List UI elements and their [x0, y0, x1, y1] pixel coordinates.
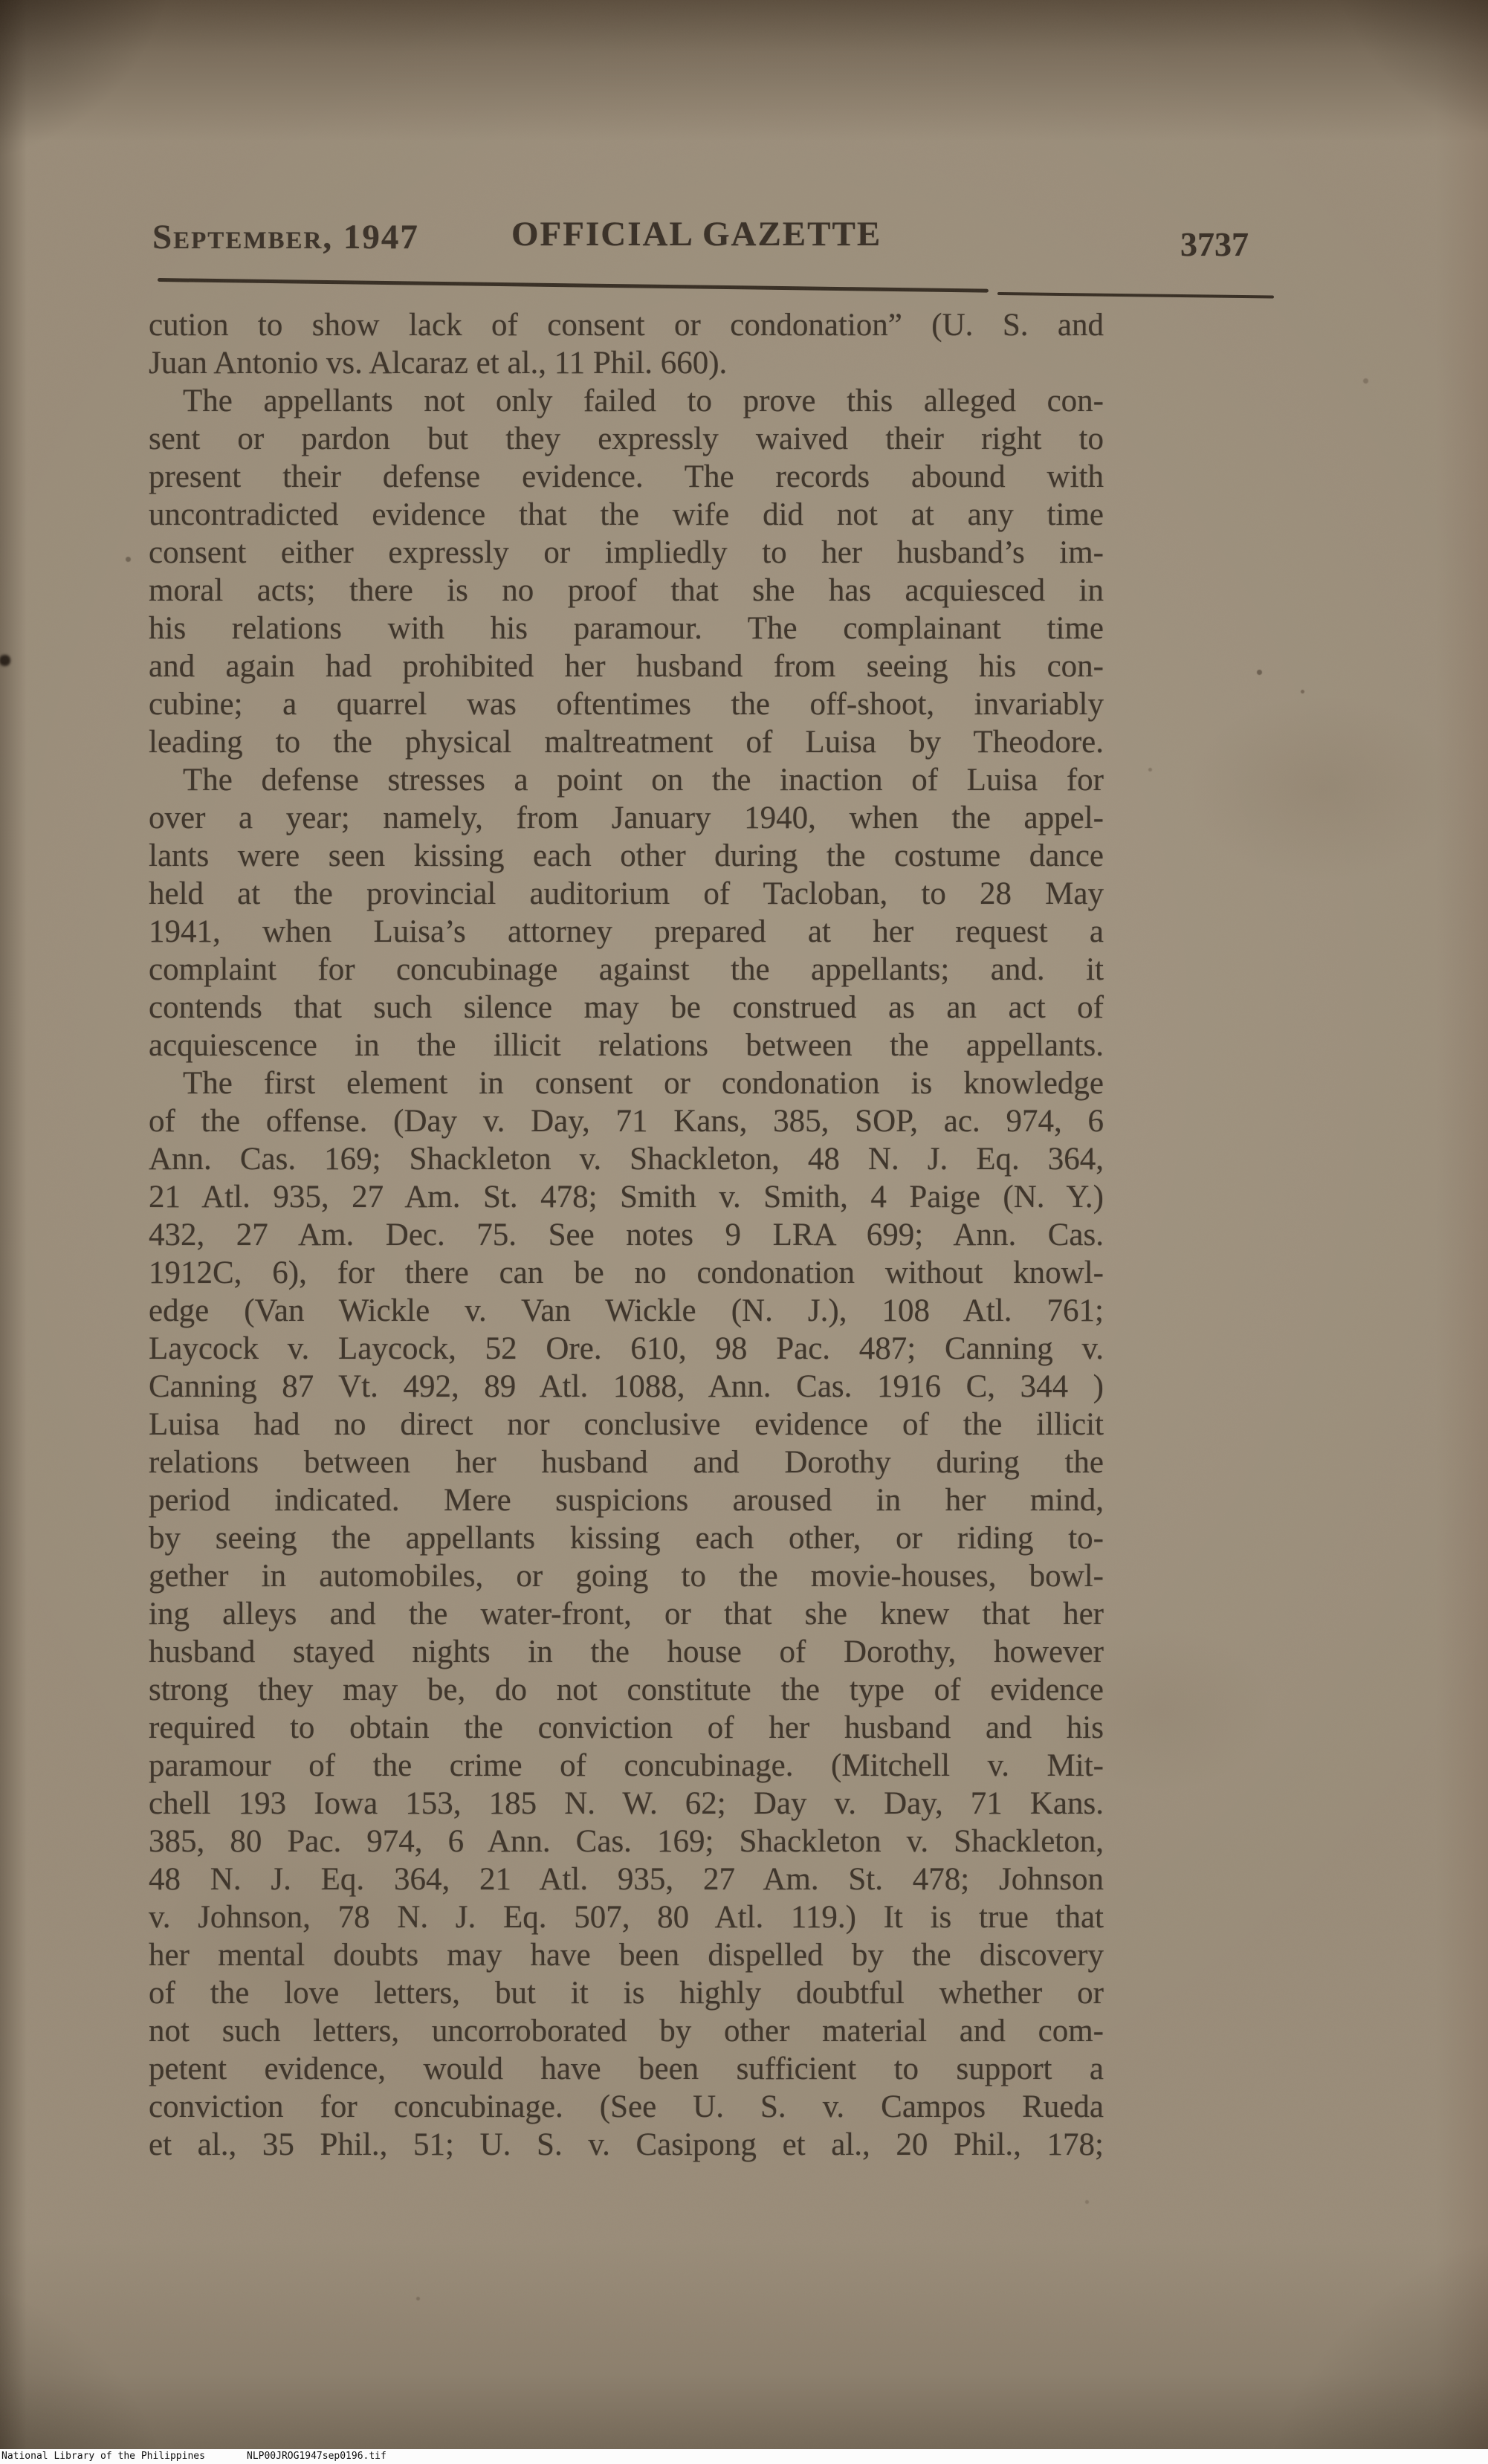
text-line: and again had prohibited her husband fro…: [149, 647, 1104, 685]
paper-specks: [0, 0, 4, 4]
text-line: Ann. Cas. 169; Shackleton v. Shackleton,…: [149, 1140, 1104, 1178]
page-number: 3737: [1180, 227, 1249, 262]
text-line: relations between her husband and Doroth…: [149, 1443, 1104, 1481]
text-line: ing alleys and the water-front, or that …: [149, 1595, 1104, 1633]
publication-title: OFFICIAL GAZETTE: [511, 217, 882, 252]
scanned-page: September, 1947 OFFICIAL GAZETTE 3737 cu…: [0, 0, 1488, 2464]
text-line: present their defense evidence. The reco…: [149, 458, 1104, 496]
text-line: 21 Atl. 935, 27 Am. St. 478; Smith v. Sm…: [149, 1178, 1104, 1216]
text-line: required to obtain the conviction of her…: [149, 1709, 1104, 1747]
text-line: cubine; a quarrel was oftentimes the off…: [149, 685, 1104, 723]
text-line: The appellants not only failed to prove …: [149, 382, 1104, 420]
paragraph: The appellants not only failed to prove …: [149, 382, 1104, 761]
text-line: acquiescence in the illicit relations be…: [149, 1026, 1104, 1064]
text-line: leading to the physical maltreatment of …: [149, 723, 1104, 761]
text-line: her mental doubts may have been dispelle…: [149, 1936, 1104, 1974]
text-line: by seeing the appellants kissing each ot…: [149, 1519, 1104, 1557]
text-line: conviction for concubinage. (See U. S. v…: [149, 2088, 1104, 2126]
text-line: strong they may be, do not constitute th…: [149, 1671, 1104, 1709]
body-text: cution to show lack of consent or condon…: [149, 306, 1104, 2164]
text-line: 432, 27 Am. Dec. 75. See notes 9 LRA 699…: [149, 1216, 1104, 1254]
paragraph: cution to show lack of consent or condon…: [149, 306, 1104, 382]
text-line: lants were seen kissing each other durin…: [149, 837, 1104, 875]
text-line: petent evidence, would have been suffici…: [149, 2050, 1104, 2088]
text-line: moral acts; there is no proof that she h…: [149, 572, 1104, 609]
scan-footer-bar: National Library of the Philippines NLP0…: [0, 2449, 1488, 2464]
text-line: 1941, when Luisa’s attorney prepared at …: [149, 913, 1104, 951]
text-line: Laycock v. Laycock, 52 Ore. 610, 98 Pac.…: [149, 1330, 1104, 1368]
text-line: of the love letters, but it is highly do…: [149, 1974, 1104, 2012]
text-line: uncontradicted evidence that the wife di…: [149, 496, 1104, 534]
footer-filename-label: NLP00JROG1947sep0196.tif: [247, 2451, 386, 2463]
text-line: et al., 35 Phil., 51; U. S. v. Casipong …: [149, 2126, 1104, 2164]
paragraph: The defense stresses a point on the inac…: [149, 761, 1104, 1064]
text-line: Luisa had no direct nor conclusive evide…: [149, 1406, 1104, 1443]
text-line: contends that such silence may be constr…: [149, 989, 1104, 1026]
header-rule-right: [997, 292, 1274, 299]
text-line: paramour of the crime of concubinage. (M…: [149, 1747, 1104, 1785]
text-line: held at the provincial auditorium of Tac…: [149, 875, 1104, 913]
text-line: husband stayed nights in the house of Do…: [149, 1633, 1104, 1671]
text-line: The first element in consent or condonat…: [149, 1064, 1104, 1102]
text-line: not such letters, uncorroborated by othe…: [149, 2012, 1104, 2050]
text-line: sent or pardon but they expressly waived…: [149, 420, 1104, 458]
text-line: chell 193 Iowa 153, 185 N. W. 62; Day v.…: [149, 1785, 1104, 1823]
text-line: edge (Van Wickle v. Van Wickle (N. J.), …: [149, 1292, 1104, 1330]
text-line: Canning 87 Vt. 492, 89 Atl. 1088, Ann. C…: [149, 1368, 1104, 1406]
paragraph: The first element in consent or condonat…: [149, 1064, 1104, 2164]
text-line: v. Johnson, 78 N. J. Eq. 507, 80 Atl. 11…: [149, 1898, 1104, 1936]
text-line: consent either expressly or impliedly to…: [149, 534, 1104, 572]
header-rule-left: [158, 278, 989, 293]
text-line: period indicated. Mere suspicions arouse…: [149, 1481, 1104, 1519]
issue-date: September, 1947: [152, 220, 419, 255]
text-line: The defense stresses a point on the inac…: [149, 761, 1104, 799]
text-line: 385, 80 Pac. 974, 6 Ann. Cas. 169; Shack…: [149, 1823, 1104, 1860]
text-line: 1912C, 6), for there can be no condonati…: [149, 1254, 1104, 1292]
text-line: Juan Antonio vs. Alcaraz et al., 11 Phil…: [149, 344, 1104, 382]
text-line: 48 N. J. Eq. 364, 21 Atl. 935, 27 Am. St…: [149, 1860, 1104, 1898]
text-line: of the offense. (Day v. Day, 71 Kans, 38…: [149, 1102, 1104, 1140]
text-line: gether in automobiles, or going to the m…: [149, 1557, 1104, 1595]
text-line: his relations with his paramour. The com…: [149, 609, 1104, 647]
text-line: cution to show lack of consent or condon…: [149, 306, 1104, 344]
footer-library-label: National Library of the Philippines: [1, 2451, 205, 2463]
text-line: complaint for concubinage against the ap…: [149, 951, 1104, 989]
text-line: over a year; namely, from January 1940, …: [149, 799, 1104, 837]
